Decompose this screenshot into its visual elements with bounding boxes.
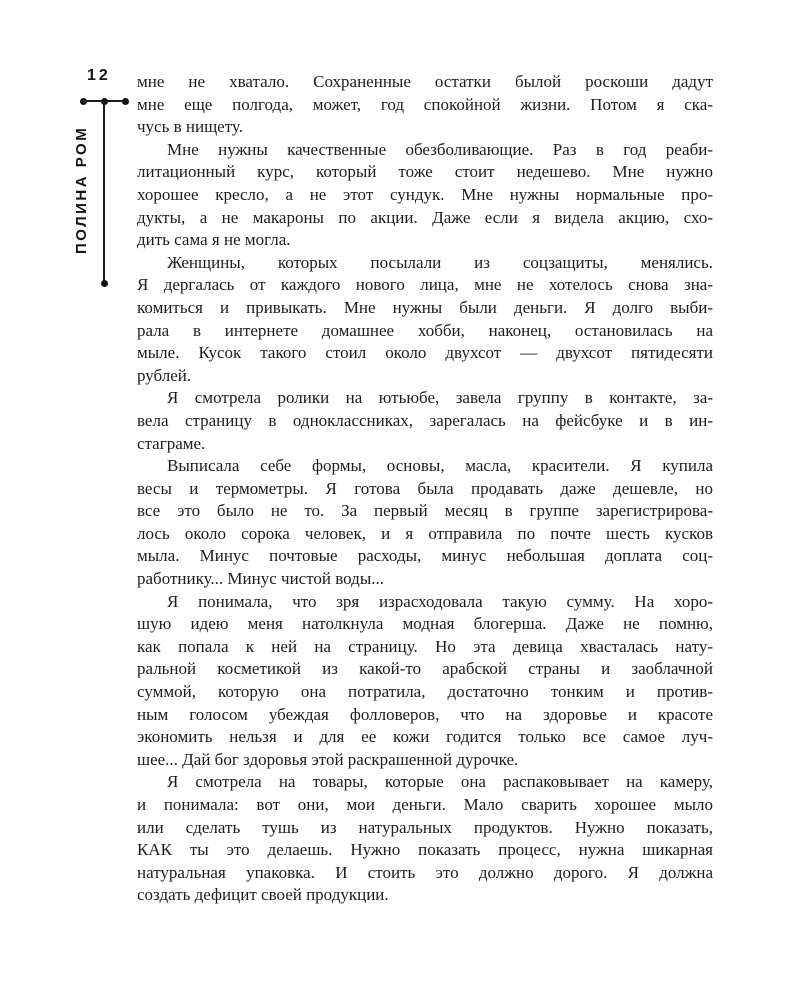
text-line: создать дефицит своей продукции. (137, 884, 713, 907)
text-line: мыла. Минус почтовые расходы, минус небо… (137, 545, 713, 568)
text-line: и понимала: вот они, мои деньги. Мало св… (137, 794, 713, 817)
text-line: ральной косметикой из какой-то арабской … (137, 658, 713, 681)
text-line: Мне нужны качественные обезболивающие. Р… (137, 139, 713, 162)
text-line: мне не хватало. Сохраненные остатки было… (137, 71, 713, 94)
text-line: Я смотрела на товары, которые она распак… (137, 771, 713, 794)
text-line: стаграме. (137, 433, 713, 456)
body-text: мне не хватало. Сохраненные остатки было… (137, 71, 713, 907)
text-line: дукты, а не макароны по акции. Даже если… (137, 207, 713, 230)
text-line: как попала к ней на страницу. Но эта дев… (137, 636, 713, 659)
text-line: шее... Дай бог здоровья этой раскрашенно… (137, 749, 713, 772)
text-line: чусь в нищету. (137, 116, 713, 139)
text-line: КАК ты это делаешь. Нужно показать проце… (137, 839, 713, 862)
text-line: все это было не то. За первый месяц в гр… (137, 500, 713, 523)
text-line: мне еще полгода, может, год спокойной жи… (137, 94, 713, 117)
text-line: Я понимала, что зря израсходовала такую … (137, 591, 713, 614)
text-line: или сделать тушь из натуральных продукто… (137, 817, 713, 840)
text-line: шую идею меня натолкнула модная блогерша… (137, 613, 713, 636)
text-line: хорошее кресло, а не этот сундук. Мне ну… (137, 184, 713, 207)
text-line: комиться и привыкать. Мне нужны были ден… (137, 297, 713, 320)
text-line: ным голосом убеждая фолловеров, что на з… (137, 704, 713, 727)
text-line: рублей. (137, 365, 713, 388)
text-line: мыле. Кусок такого стоил около двухсот —… (137, 342, 713, 365)
text-line: литационный курс, который тоже стоит нед… (137, 161, 713, 184)
text-line: рала в интернете домашнее хобби, наконец… (137, 320, 713, 343)
text-line: натуральная упаковка. И стоить это должн… (137, 862, 713, 885)
text-line: суммой, которую она потратила, достаточн… (137, 681, 713, 704)
ornament-vertical-rule (103, 101, 105, 283)
text-line: весы и термометры. Я готова была продава… (137, 478, 713, 501)
text-line: Выписала себе формы, основы, масла, крас… (137, 455, 713, 478)
page-number: 12 (87, 67, 111, 85)
ornament-dot-bottom (101, 280, 108, 287)
text-line: лось около сорока человек, и я отправила… (137, 523, 713, 546)
text-line: Я смотрела ролики на ютьюбе, завела груп… (137, 387, 713, 410)
text-line: работнику... Минус чистой воды... (137, 568, 713, 591)
text-line: Женщины, которых посылали из соцзащиты, … (137, 252, 713, 275)
author-sidebar-text: ПОЛИНА РОМ (73, 126, 90, 254)
text-line: дить сама я не могла. (137, 229, 713, 252)
text-line: вела страницу в одноклассниках, зарегала… (137, 410, 713, 433)
text-line: экономить нельзя и для ее кожи годится т… (137, 726, 713, 749)
text-line: Я дергалась от каждого нового лица, мне … (137, 274, 713, 297)
book-page: 12 ПОЛИНА РОМ мне не хватало. Сохраненны… (0, 0, 800, 1000)
